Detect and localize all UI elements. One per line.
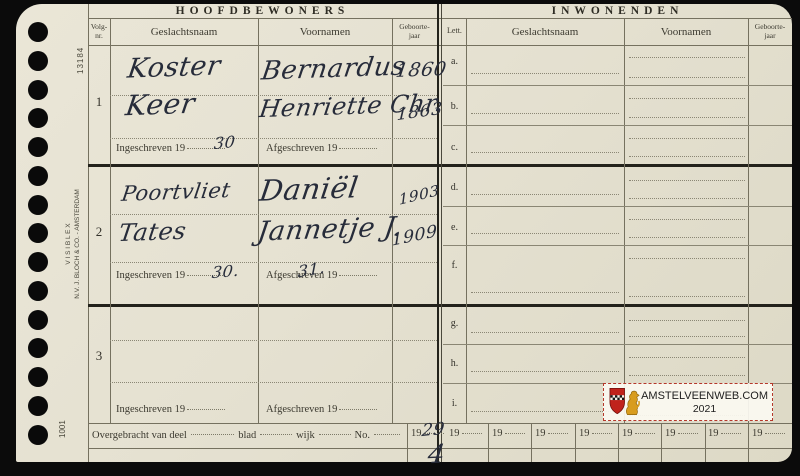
punch-hole [28, 195, 48, 215]
lett-label-g: g. [443, 318, 466, 329]
inwonenden-row [443, 168, 792, 207]
volgnr-value-2: 2 [88, 224, 110, 240]
handwritten-ingeschreven-year: 30. [211, 261, 240, 282]
rule-line [110, 262, 437, 263]
afgeschreven-label: Afgeschreven 19 [266, 143, 337, 154]
handwritten-firstname: Daniël [257, 170, 360, 207]
column-header-volgnr: Volg- nr. [88, 18, 110, 45]
dotted-blank [592, 432, 612, 434]
inwonenden-row [443, 207, 792, 246]
edge-printer-imprint: V I S I B L E X N.V. J. BLOCH & CO. - AM… [64, 184, 82, 304]
dotted-blank [629, 258, 745, 297]
handwritten-surname: Koster [126, 50, 223, 84]
year-cell-separator [748, 423, 749, 462]
year-cell-text: 19 [579, 428, 590, 439]
lett-label-b: b. [443, 101, 466, 112]
dotted-blank [374, 433, 400, 435]
handwritten-firstname: Jannetje J. [255, 211, 404, 247]
column-header-geboortejaar-right: Geboorte- jaar [748, 18, 792, 45]
handwritten-surname: Keer [123, 87, 197, 122]
edge-serial-number: 13184 [76, 47, 85, 74]
year-cell-separator [618, 423, 619, 462]
ingeschreven-line: Ingeschreven 19 [116, 143, 225, 154]
punch-hole [28, 252, 48, 272]
punch-hole [28, 425, 48, 445]
edge-brand-name: V I S I B L E X [64, 184, 73, 304]
edge-printer-name: N.V. J. BLOCH & CO. - AMSTERDAM [73, 184, 82, 304]
column-header-voornamen-right: Voornamen [624, 18, 748, 45]
year-cell-text: 19 [708, 428, 719, 439]
dotted-blank [629, 180, 745, 199]
volgnr-value-1: 1 [88, 94, 110, 110]
handwritten-birthyear: 1860 [394, 58, 448, 82]
ingeschreven-label: Ingeschreven 19 [116, 270, 185, 281]
punch-hole [28, 80, 48, 100]
afgeschreven-line: Afgeschreven 19 [266, 143, 377, 154]
year-cell: 19 [579, 428, 612, 439]
handwritten-surname: Tates [117, 217, 188, 247]
handwritten-footer-year: 29 [421, 419, 446, 441]
scanned-register-card-page: 13184 V I S I B L E X N.V. J. BLOCH & CO… [0, 0, 800, 476]
lett-label-h: h. [443, 358, 466, 369]
dotted-blank [319, 433, 351, 435]
inwonenden-row [443, 345, 792, 384]
inwonenden-row [443, 45, 792, 86]
year-cell: 19 [708, 428, 741, 439]
dotted-blank [765, 432, 785, 434]
ingeschreven-label: Ingeschreven 19 [116, 404, 185, 415]
dotted-blank [635, 432, 655, 434]
punch-hole [28, 108, 48, 128]
blad-label: blad [238, 430, 256, 441]
punch-hole [28, 310, 48, 330]
dotted-blank [462, 432, 482, 434]
lett-label-e: e. [443, 222, 466, 233]
year-cell: 19 [665, 428, 698, 439]
year-prefix-text: 19 [411, 428, 422, 439]
lett-label-f: f. [443, 260, 466, 271]
dotted-blank [678, 432, 698, 434]
watermark-text: AMSTELVEENWEB.COM 2021 [641, 390, 768, 415]
year-cell-separator [531, 423, 532, 462]
lett-label-d: d. [443, 182, 466, 193]
volgnr-column-line [110, 18, 111, 423]
handwritten-ingeschreven-year: 30 [213, 132, 236, 153]
wijk-label: wijk [296, 430, 315, 441]
lett-label-c: c. [443, 142, 466, 153]
punch-hole [28, 51, 48, 71]
amstelveen-coat-of-arms-icon [608, 387, 641, 417]
handwritten-footer-extra: 4 [426, 440, 447, 471]
lett-label-a: a. [443, 56, 466, 67]
no-label: No. [355, 430, 370, 441]
footer-transfer-line: Overgebracht van deel blad wijk No. [92, 424, 404, 446]
dotted-blank [339, 147, 377, 149]
column-header-geslachtsnaam-right: Geslachtsnaam [466, 18, 624, 45]
dotted-blank [260, 433, 292, 435]
watermark-site: AMSTELVEENWEB.COM [641, 390, 768, 403]
year-cell: 19 [622, 428, 655, 439]
overgebracht-label: Overgebracht van deel [92, 430, 187, 441]
section-title-inwonenden: INWONENDEN [443, 5, 792, 18]
year-cell: 19 [535, 428, 568, 439]
dotted-blank [191, 433, 234, 435]
inwonenden-row [443, 246, 792, 304]
handwritten-birthyear: 1903 [398, 181, 440, 208]
inwonenden-row [443, 86, 792, 126]
year-cell: 19 [752, 428, 785, 439]
dotted-blank [629, 357, 745, 376]
punch-hole [28, 223, 48, 243]
afgeschreven-label: Afgeschreven 19 [266, 404, 337, 415]
geboortejaar-header-line2: jaar [409, 31, 420, 40]
dotted-blank [629, 98, 745, 118]
year-cell-separator [661, 423, 662, 462]
year-cell-text: 19 [449, 428, 460, 439]
inwonenden-row [443, 126, 792, 164]
dotted-blank [505, 432, 525, 434]
punch-hole [28, 281, 48, 301]
year-cell-text: 19 [535, 428, 546, 439]
rule-line [110, 138, 437, 139]
punch-hole [28, 137, 48, 157]
dotted-blank [339, 408, 377, 410]
register-card: 13184 V I S I B L E X N.V. J. BLOCH & CO… [16, 4, 792, 462]
year-cell-separator [575, 423, 576, 462]
inwonenden-row [443, 308, 792, 345]
year-cell-text: 19 [752, 428, 763, 439]
punch-hole [28, 22, 48, 42]
dotted-blank [339, 274, 377, 276]
year-cell-separator [488, 423, 489, 462]
year-cell-separator [705, 423, 706, 462]
column-header-geboortejaar-left: Geboorte- jaar [392, 18, 437, 45]
punch-hole [28, 166, 48, 186]
year-cell: 19 [449, 428, 482, 439]
ingeschreven-label: Ingeschreven 19 [116, 143, 185, 154]
dotted-blank [629, 320, 745, 337]
afgeschreven-line: Afgeschreven 19 [266, 404, 377, 415]
geboortejaar-header-line2: jaar [764, 31, 775, 40]
ingeschreven-line: Ingeschreven 19 [116, 404, 225, 415]
column-header-geslachtsnaam-left: Geslachtsnaam [110, 18, 258, 45]
ingeschreven-line: Ingeschreven 19 [116, 270, 225, 281]
column-header-lett: Lett. [443, 18, 466, 45]
watermark-year: 2021 [641, 403, 768, 415]
footer-year-cell-line [407, 423, 408, 462]
dotted-blank [629, 138, 745, 157]
volgnr-value-3: 3 [88, 348, 110, 364]
dotted-blank [629, 57, 745, 78]
punch-hole [28, 367, 48, 387]
year-cell-text: 19 [492, 428, 503, 439]
watermark-amstelveenweb: AMSTELVEENWEB.COM 2021 [603, 383, 773, 421]
punch-hole [28, 396, 48, 416]
section-title-hoofdbewoners: HOOFDBEWONERS [88, 5, 437, 18]
handwritten-surname: Poortvliet [120, 178, 232, 206]
rule-line [110, 382, 437, 383]
lett-label-i: i. [443, 398, 466, 409]
column-header-voornamen-left: Voornamen [258, 18, 392, 45]
handwritten-firstname: Bernardus [259, 52, 407, 87]
dotted-blank [629, 219, 745, 238]
dotted-blank [187, 408, 225, 410]
punch-hole [28, 338, 48, 358]
edge-form-code: 1001 [58, 420, 67, 438]
dotted-blank [721, 432, 741, 434]
year-cell-text: 19 [622, 428, 633, 439]
rule-line [110, 340, 437, 341]
year-cell-text: 19 [665, 428, 676, 439]
volgnr-header-line2: nr. [95, 31, 103, 40]
dotted-blank [548, 432, 568, 434]
year-cell: 19 [492, 428, 525, 439]
